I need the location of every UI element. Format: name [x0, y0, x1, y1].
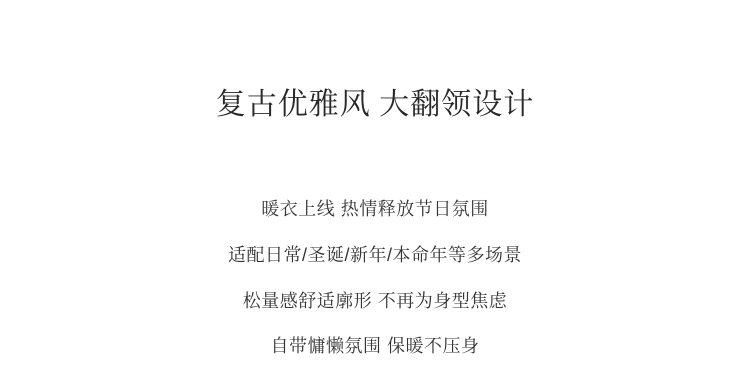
product-description-banner: 复古优雅风 大翻领设计 暖衣上线 热情释放节日氛围 适配日常/圣诞/新年/本命年… [0, 0, 750, 370]
feature-line-release: 暖衣上线 热情释放节日氛围 [0, 198, 750, 220]
feature-line-warmth: 自带慵懒氛围 保暖不压身 [0, 335, 750, 357]
feature-line-occasions: 适配日常/圣诞/新年/本命年等多场景 [0, 244, 750, 266]
banner-title: 复古优雅风 大翻领设计 [0, 88, 750, 122]
feature-line-fit: 松量感舒适廓形 不再为身型焦虑 [0, 290, 750, 312]
